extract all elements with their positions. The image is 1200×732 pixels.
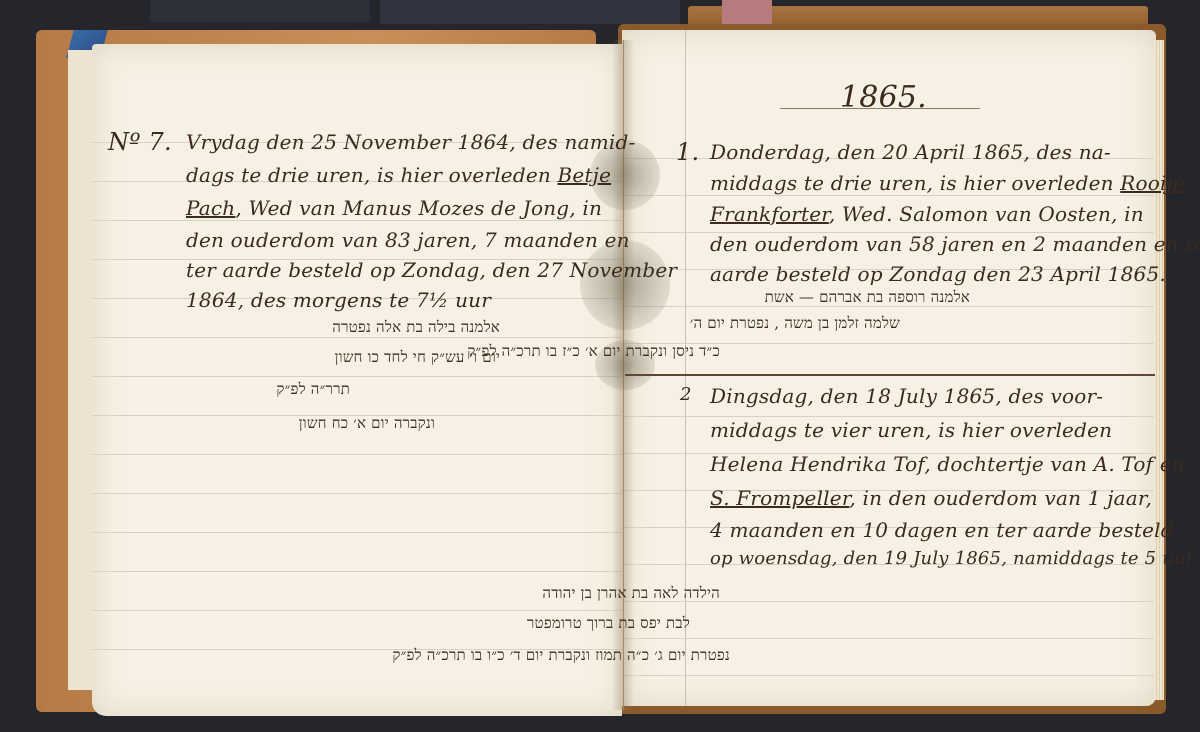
ruled-line (92, 337, 622, 338)
entry-line: Vrydag den 25 November 1864, des namid- (186, 130, 635, 154)
backdrop-tile (150, 0, 370, 22)
entry-line: Dingsdag, den 18 July 1865, des voor- (710, 384, 1103, 408)
deceased-name: Betje (558, 163, 612, 187)
entry-line: 1864, des morgens te 7½ uur (186, 288, 491, 312)
deceased-name: Helena Hendrika Tof (710, 452, 924, 476)
ruled-line (622, 675, 1156, 676)
entry-text: middags te drie uren, is hier overleden (710, 171, 1120, 195)
hebrew-line: נפטרת יום ג׳ כ״ה תמוז ונקברת יום ד׳ כ״ו … (392, 646, 730, 665)
entry-line: den ouderdom van 58 jaren en 2 maanden e… (710, 232, 1200, 256)
entry-line: middags te vier uren, is hier overleden (710, 418, 1112, 442)
ruled-line (92, 493, 622, 494)
entry-text: , in den ouderdom van 1 jaar, (849, 486, 1152, 510)
deceased-name: Pach (186, 196, 235, 220)
entry-line: 4 maanden en 10 dagen en ter aarde beste… (710, 518, 1174, 542)
ruled-line (92, 532, 622, 533)
hebrew-line: ונקברה יום א׳ כח חשון (299, 414, 435, 433)
ruled-line (92, 571, 622, 572)
right-page (622, 30, 1156, 706)
ruled-line (92, 454, 622, 455)
entry-line: S. Frompeller, in den ouderdom van 1 jaa… (710, 486, 1152, 510)
entry-line: aarde besteld op Zondag den 23 April 186… (710, 262, 1166, 286)
entry-line: Donderdag, den 20 April 1865, des na- (710, 140, 1111, 164)
entry-line: ter aarde besteld op Zondag, den 27 Nove… (186, 258, 677, 282)
entry-text: dags te drie uren, is hier overleden (186, 163, 558, 187)
entry-line: dags te drie uren, is hier overleden Bet… (186, 163, 611, 187)
ink-stain (580, 240, 670, 330)
deceased-name: Rooije (1120, 171, 1185, 195)
entry-number: Nº 7. (108, 128, 172, 156)
entry-line: Frankforter, Wed. Salomon van Oosten, in (710, 202, 1144, 226)
hebrew-line: אלמנה בילה בת אלה נפטרה (332, 318, 500, 337)
ruled-line (622, 638, 1156, 639)
hebrew-line: לבת יפס בת ברוך טרומפטר (527, 614, 690, 633)
ruled-line (92, 376, 622, 377)
page-edges (1154, 40, 1164, 700)
entry-text: , dochtertje van A. Tof en (924, 452, 1185, 476)
entry-divider (625, 374, 1155, 376)
hebrew-line: תרר״ה לפ״ק (276, 380, 350, 399)
hebrew-line: שלמה זלמן בן משה , נפטרת יום ה׳ (690, 314, 900, 333)
entry-number: 1. (676, 138, 699, 166)
heading-underline (780, 108, 980, 109)
deceased-name: Frankforter (710, 202, 829, 226)
hebrew-line: הילדה לאה בת אהרן בן יהודה (542, 584, 720, 603)
ruled-line (92, 220, 622, 221)
backdrop-tile (380, 0, 680, 24)
ruled-line (92, 610, 622, 611)
hebrew-line: כ״ד ניסן ונקברת יום א׳ כ״ז בו תרכ״ה לפ״ק (467, 342, 720, 361)
hebrew-line: אלמנה רוספה בת אברהם — אשת (765, 288, 970, 307)
entry-line: Helena Hendrika Tof, dochtertje van A. T… (710, 452, 1185, 476)
margin-line (685, 30, 686, 706)
entry-line: middags te drie uren, is hier overleden … (710, 171, 1185, 195)
ruled-line (622, 195, 1156, 196)
entry-line: op woensdag, den 19 July 1865, namiddags… (710, 548, 1199, 569)
parent-name: S. Frompeller (710, 486, 849, 510)
ruled-line (622, 416, 1156, 417)
entry-number: 2 (680, 384, 692, 405)
entry-text: , Wed. Salomon van Oosten, in (829, 202, 1144, 226)
year-heading: 1865. (840, 80, 927, 115)
entry-line: Pach, Wed van Manus Mozes de Jong, in (186, 196, 602, 220)
entry-line: den ouderdom van 83 jaren, 7 maanden en (186, 228, 630, 252)
entry-text: , Wed van Manus Mozes de Jong, in (235, 196, 602, 220)
